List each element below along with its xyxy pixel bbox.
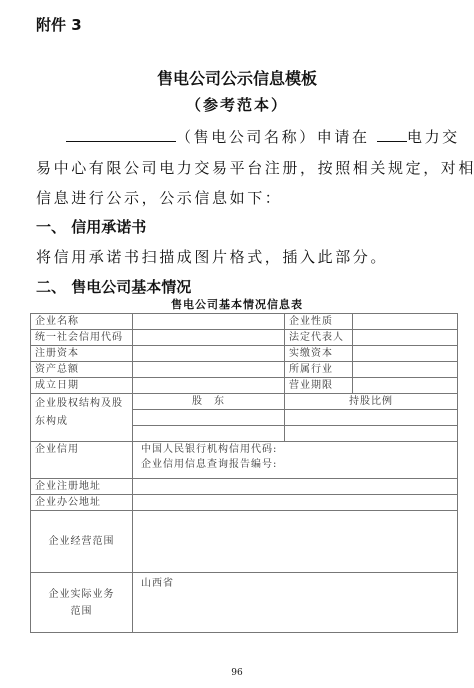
label-cell: 成立日期 <box>31 378 133 394</box>
label-cell: 所属行业 <box>285 362 353 378</box>
business-scope-value[interactable] <box>133 511 458 573</box>
document-subtitle: （参考范本） <box>0 94 474 115</box>
credit-row: 企业信用 中国人民银行机构信用代码: 企业信用信息查询报告编号: <box>31 442 458 479</box>
ratio-cell[interactable] <box>285 410 458 426</box>
document-title: 售电公司公示信息模板 <box>0 66 474 89</box>
trading-center-blank[interactable] <box>377 127 407 142</box>
value-cell[interactable] <box>133 362 285 378</box>
actual-scope-label: 企业实际业务 范围 <box>31 573 133 633</box>
business-scope-label: 企业经营范围 <box>31 511 133 573</box>
table-row: 资产总额所属行业 <box>31 362 458 378</box>
value-cell[interactable] <box>133 314 285 330</box>
table-row: 成立日期营业期限 <box>31 378 458 394</box>
credit-value[interactable]: 中国人民银行机构信用代码: 企业信用信息查询报告编号: <box>133 442 458 479</box>
office-address-value[interactable] <box>133 495 458 511</box>
pboc-credit-code: 中国人民银行机构信用代码: <box>141 442 453 457</box>
page-number: 96 <box>0 668 474 678</box>
label-cell: 统一社会信用代码 <box>31 330 133 346</box>
actual-scope-row: 企业实际业务 范围 山西省 <box>31 573 458 633</box>
table-row: 企业办公地址 <box>31 495 458 511</box>
equity-header-row: 企业股权结构及股东构成 股 东 持股比例 <box>31 394 458 410</box>
table-row: 企业名称企业性质 <box>31 314 458 330</box>
actual-scope-label-line1: 企业实际业务 <box>35 586 128 603</box>
section-1-heading: 一、 信用承诺书 <box>36 216 146 237</box>
table-row: 统一社会信用代码法定代表人 <box>31 330 458 346</box>
attachment-label: 附件 3 <box>36 14 82 35</box>
label-cell: 法定代表人 <box>285 330 353 346</box>
label-cell: 实缴资本 <box>285 346 353 362</box>
value-cell[interactable] <box>353 362 458 378</box>
company-info-table: 企业名称企业性质 统一社会信用代码法定代表人 注册资本实缴资本 资产总额所属行业… <box>30 313 458 633</box>
intro-line-3: 信息进行公示，公示信息如下： <box>36 187 282 208</box>
equity-label: 企业股权结构及股东构成 <box>31 394 133 442</box>
intro-line-1: （售电公司名称）申请在 电力交 <box>66 126 460 147</box>
label-cell: 注册资本 <box>31 346 133 362</box>
credit-label: 企业信用 <box>31 442 133 479</box>
credit-report-number: 企业信用信息查询报告编号: <box>141 457 453 472</box>
ratio-cell[interactable] <box>285 426 458 442</box>
value-cell[interactable] <box>353 378 458 394</box>
intro-line-1-mid: （售电公司名称）申请在 <box>176 128 370 146</box>
actual-scope-label-line2: 范围 <box>35 603 128 620</box>
business-scope-row: 企业经营范围 <box>31 511 458 573</box>
section-2-heading: 二、 售电公司基本情况 <box>36 276 191 297</box>
table-title: 售电公司基本情况信息表 <box>0 296 474 312</box>
shareholder-header: 股 东 <box>133 394 285 410</box>
shareholder-cell[interactable] <box>133 426 285 442</box>
registered-address-value[interactable] <box>133 479 458 495</box>
actual-scope-value[interactable]: 山西省 <box>133 573 458 633</box>
section-1-body: 将信用承诺书扫描成图片格式，插入此部分。 <box>36 246 388 267</box>
office-address-label: 企业办公地址 <box>31 495 133 511</box>
value-cell[interactable] <box>353 346 458 362</box>
intro-line-2: 易中心有限公司电力交易平台注册，按照相关规定，对相关 <box>36 157 474 178</box>
value-cell[interactable] <box>133 346 285 362</box>
label-cell: 营业期限 <box>285 378 353 394</box>
label-cell: 企业名称 <box>31 314 133 330</box>
company-name-blank[interactable] <box>66 127 176 142</box>
value-cell[interactable] <box>353 330 458 346</box>
shareholder-cell[interactable] <box>133 410 285 426</box>
value-cell[interactable] <box>133 378 285 394</box>
table-row: 注册资本实缴资本 <box>31 346 458 362</box>
table-row: 企业注册地址 <box>31 479 458 495</box>
value-cell[interactable] <box>353 314 458 330</box>
intro-line-1-end: 电力交 <box>407 128 460 146</box>
registered-address-label: 企业注册地址 <box>31 479 133 495</box>
label-cell: 企业性质 <box>285 314 353 330</box>
value-cell[interactable] <box>133 330 285 346</box>
ratio-header: 持股比例 <box>285 394 458 410</box>
label-cell: 资产总额 <box>31 362 133 378</box>
